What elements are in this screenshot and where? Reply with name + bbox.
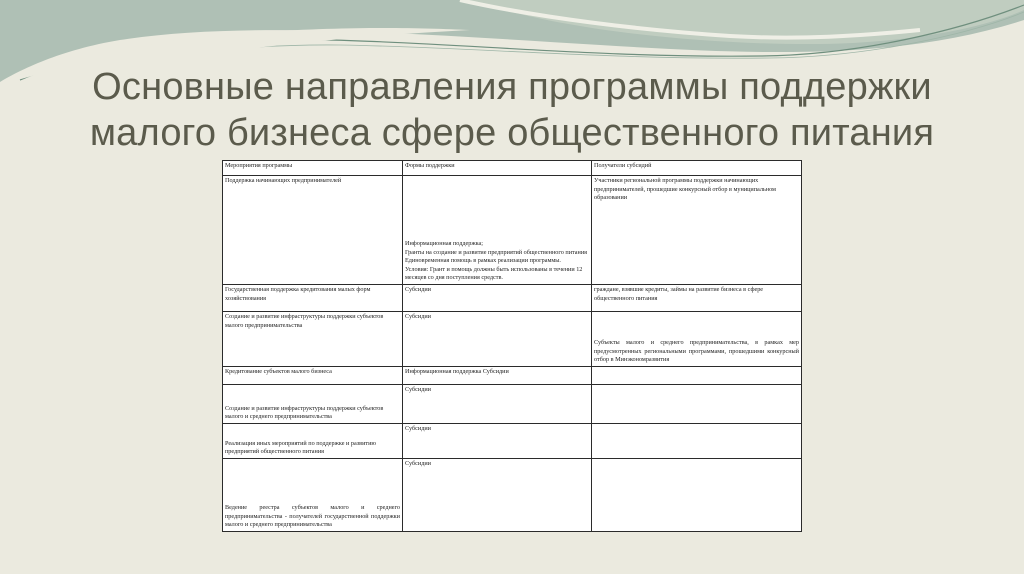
row-forms: Субсидии (403, 312, 592, 367)
row-recipients: Участники региональной программы поддерж… (592, 176, 802, 285)
slide-title: Основные направления программы поддержки… (60, 64, 964, 156)
row-forms: Информационная поддержка; Гранты на созд… (403, 176, 592, 285)
row-forms: Субсидии (403, 285, 592, 312)
row-measure: Реализация иных мероприятий по поддержке… (223, 424, 403, 459)
row-recipients (592, 459, 802, 532)
header-recipients: Получатели субсидий (592, 161, 802, 176)
table-row: Ведение реестра субъектов малого и средн… (223, 459, 802, 532)
table-row: Реализация иных мероприятий по поддержке… (223, 424, 802, 459)
form-line: Единовременная помощь в рамках реализаци… (405, 257, 589, 266)
row-recipients (592, 424, 802, 459)
table-row: Государственная поддержка кредитования м… (223, 285, 802, 312)
row-measure: Государственная поддержка кредитования м… (223, 285, 403, 312)
row-measure: Создание и развитие инфраструктуры подде… (223, 312, 403, 367)
support-program-table: Мероприятия программы Формы поддержки По… (222, 160, 802, 532)
header-measures: Мероприятия программы (223, 161, 403, 176)
table-row: Поддержка начинающих предпринимателей Ин… (223, 176, 802, 285)
form-line: Условия: Грант и помощь должны быть испо… (405, 266, 589, 283)
row-measure: Поддержка начинающих предпринимателей (223, 176, 403, 285)
row-measure: Ведение реестра субъектов малого и средн… (223, 459, 403, 532)
row-measure: Создание и развитие инфраструктуры подде… (223, 385, 403, 424)
row-recipients (592, 367, 802, 385)
table-row: Создание и развитие инфраструктуры подде… (223, 385, 802, 424)
row-measure: Кредитование субъектов малого бизнеса (223, 367, 403, 385)
form-line: Информационная поддержка; (405, 240, 589, 249)
slide-title-line-1: Основные направления программы поддержки (60, 64, 964, 110)
row-forms: Субсидии (403, 385, 592, 424)
header-forms: Формы поддержки (403, 161, 592, 176)
row-recipients: граждане, взявшие кредиты, займы на разв… (592, 285, 802, 312)
row-recipients: Субъекты малого и среднего предпринимате… (592, 312, 802, 367)
row-forms: Субсидии (403, 424, 592, 459)
form-line: Гранты на создание и развитие предприяти… (405, 249, 589, 258)
row-recipients (592, 385, 802, 424)
table-row: Создание и развитие инфраструктуры подде… (223, 312, 802, 367)
slide-title-line-2: малого бизнеса сфере общественного питан… (60, 110, 964, 156)
row-forms: Информационная поддержка Субсидии (403, 367, 592, 385)
row-forms: Субсидии (403, 459, 592, 532)
table-row: Кредитование субъектов малого бизнеса Ин… (223, 367, 802, 385)
table-header-row: Мероприятия программы Формы поддержки По… (223, 161, 802, 176)
